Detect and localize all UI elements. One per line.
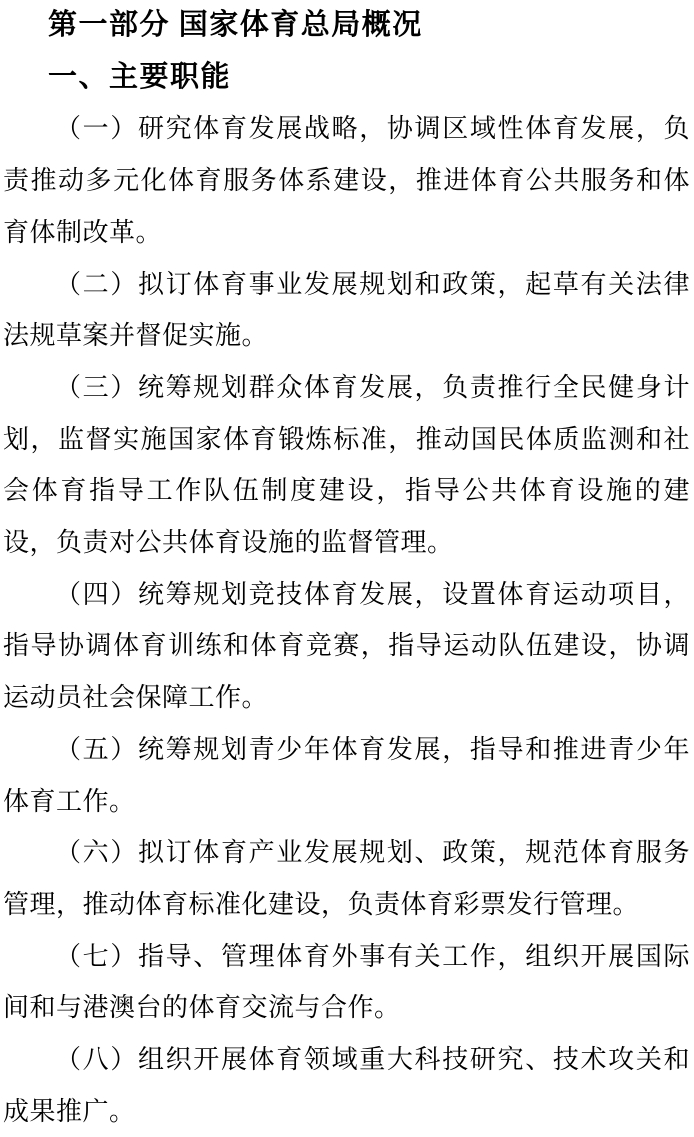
document-page: 第一部分 国家体育总局概况 一、主要职能 （一）研究体育发展战略，协调区域性体育…: [0, 0, 694, 1137]
paragraph-8: （八）组织开展体育领域重大科技研究、技术攻关和成果推广。: [3, 1034, 690, 1137]
document-body: （一）研究体育发展战略，协调区域性体育发展，负责推动多元化体育服务体系建设，推进…: [3, 103, 690, 1137]
paragraph-7: （七）指导、管理体育外事有关工作，组织开展国际间和与港澳台的体育交流与合作。: [3, 931, 690, 1034]
section-heading: 一、主要职能: [3, 52, 690, 104]
document-title: 第一部分 国家体育总局概况: [3, 0, 690, 52]
paragraph-3: （三）统筹规划群众体育发展，负责推行全民健身计划，监督实施国家体育锻炼标准，推动…: [3, 362, 690, 569]
paragraph-4: （四）统筹规划竞技体育发展，设置体育运动项目，指导协调体育训练和体育竞赛，指导运…: [3, 569, 690, 724]
paragraph-2: （二）拟订体育事业发展规划和政策，起草有关法律法规草案并督促实施。: [3, 259, 690, 362]
paragraph-1: （一）研究体育发展战略，协调区域性体育发展，负责推动多元化体育服务体系建设，推进…: [3, 103, 690, 258]
paragraph-6: （六）拟订体育产业发展规划、政策，规范体育服务管理，推动体育标准化建设，负责体育…: [3, 827, 690, 930]
paragraph-5: （五）统筹规划青少年体育发展，指导和推进青少年体育工作。: [3, 724, 690, 827]
